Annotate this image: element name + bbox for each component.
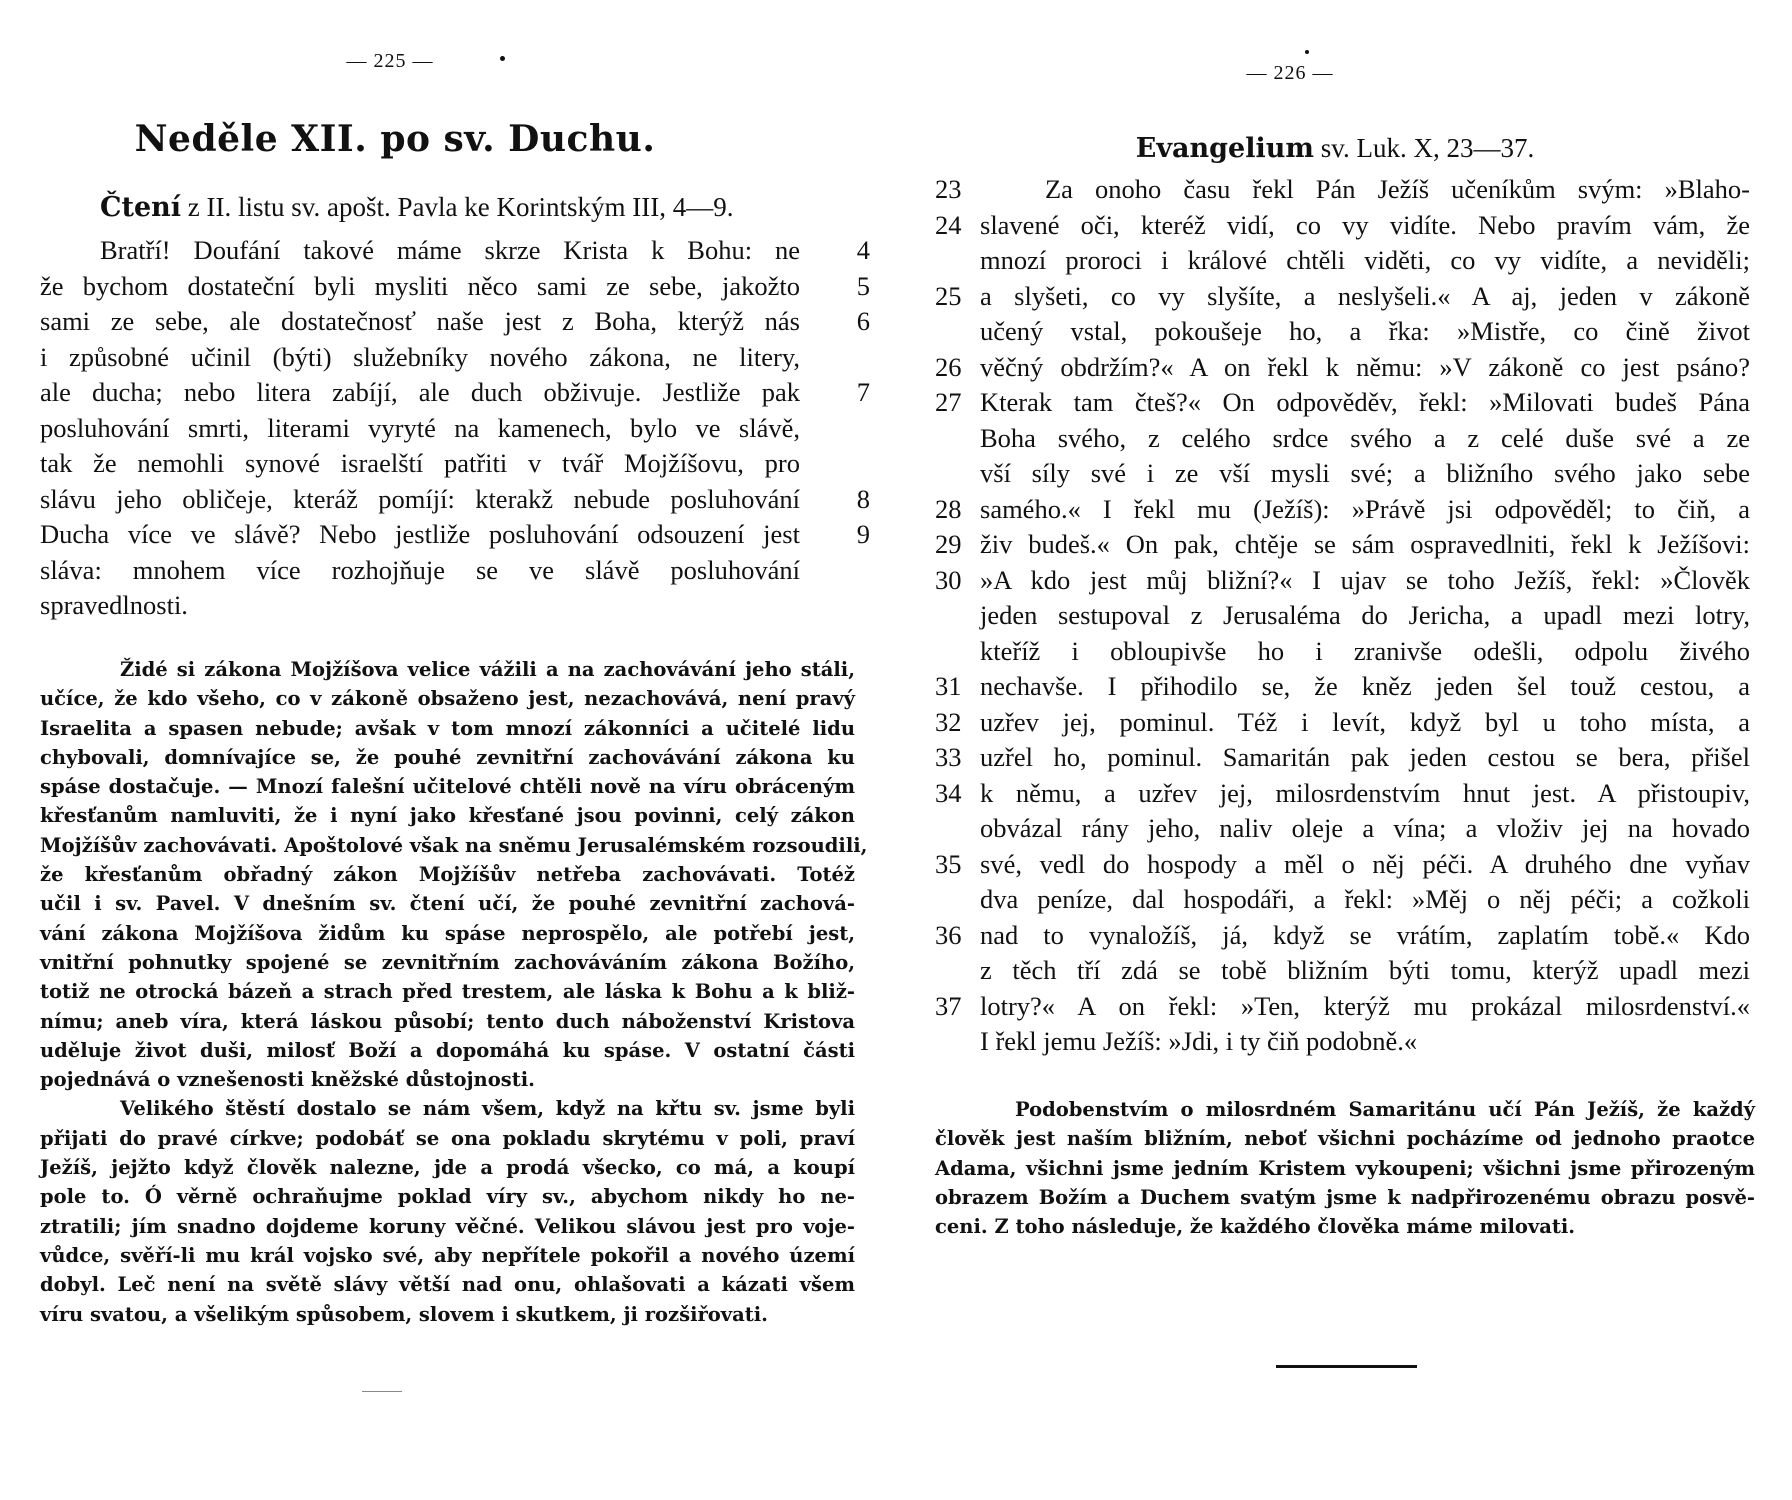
commentary-line: že křesťanům obřadný zákon Mojžíšův netř… — [40, 860, 855, 889]
commentary-line: totiž ne otrocká bázeň a strach před tre… — [40, 977, 855, 1006]
verse-number: 25 — [935, 279, 975, 315]
commentary-line: vnitřní pohnutky spojené se zevnitřním z… — [40, 948, 855, 977]
verse-number: 28 — [935, 492, 975, 528]
verse-number: 26 — [935, 350, 975, 386]
text-line: 25a slyšeti, co vy slyšíte, a neslyšeli.… — [935, 279, 1755, 315]
reading-heading-rest: z II. listu sv. apošt. Pavla ke Korintsk… — [181, 192, 733, 222]
gospel-text: 23Za onoho času řekl Pán Ježíš učeníkům … — [935, 172, 1755, 1060]
text-line: 33uzřel ho, pominul. Samaritán pak jeden… — [935, 740, 1755, 776]
commentary-line: Mojžíšův zachovávati. Apoštolové však na… — [40, 831, 855, 860]
gospel-heading: Evangelium sv. Luk. X, 23—37. — [925, 133, 1745, 164]
text-line: učený vstal, pokoušeje ho, a řka: »Mistř… — [935, 314, 1755, 350]
text-line: dva peníze, dal hospodáři, a řekl: »Měj … — [935, 882, 1755, 918]
verse-number: 5 — [840, 269, 870, 305]
page-number: — 226 — — [880, 62, 1700, 85]
page-title: Neděle XII. po sv. Duchu. — [0, 118, 805, 160]
end-rule — [1276, 1365, 1417, 1368]
text-line: obvázal rány jeho, naliv oleje a vína; a… — [935, 811, 1755, 847]
text-line: 35své, vedl do hospody a měl o něj péči.… — [935, 847, 1755, 883]
reading-heading-bold: Čtení — [100, 192, 181, 223]
verse-number: 36 — [935, 918, 975, 954]
verse-number: 32 — [935, 705, 975, 741]
verse-number: 34 — [935, 776, 975, 812]
text-line: vší síly své i ze vší mysli své; a bližn… — [935, 456, 1755, 492]
commentary-line: nímu; aneb víra, která láskou působí; te… — [40, 1007, 855, 1036]
reading-text: Bratří! Doufání takové máme skrze Krista… — [40, 233, 840, 624]
text-line: 28samého.« I řekl mu (Ježíš): »Právě jsi… — [935, 492, 1755, 528]
page-number: — 225 — — [0, 50, 800, 73]
text-line: I řekl jemu Ježíš: »Jdi, i ty čiň podobn… — [935, 1024, 1755, 1060]
commentary-line: Židé si zákona Mojžíšova velice vážili a… — [40, 655, 855, 684]
text-line: Ducha více ve slávě? Nebo jestliže poslu… — [40, 517, 840, 553]
text-line: 32uzřev jej, pominul. Též i levít, když … — [935, 705, 1755, 741]
commentary-line: Israelita a spasen nebude; avšak v tom m… — [40, 714, 855, 743]
verse-number: 4 — [840, 233, 870, 269]
text-line: 34k němu, a uzřev jej, milosrdenstvím hn… — [935, 776, 1755, 812]
text-line: 23Za onoho času řekl Pán Ježíš učeníkům … — [935, 172, 1755, 208]
text-line: tak že nemohli synové israelští patřiti … — [40, 446, 840, 482]
commentary-line: Ježíš, jejžto když člověk nalezne, jde a… — [40, 1153, 855, 1182]
commentary-line: ztratili; jím snadno dojdeme koruny věčn… — [40, 1212, 855, 1241]
verse-number: 7 — [840, 375, 870, 411]
left-page: — 225 — Neděle XII. po sv. Duchu. Čtení … — [40, 0, 860, 1500]
commentary-line: pojednává o vznešenosti kněžské důstojno… — [40, 1065, 855, 1094]
commentary-line: vání zákona Mojžíšova židům ku spáse nep… — [40, 919, 855, 948]
text-line: kteříž i obloupivše ho i zranivše odešli… — [935, 634, 1755, 670]
text-line: sami ze sebe, ale dostatečnosť naše jest… — [40, 304, 840, 340]
commentary-line: ceni. Z toho následuje, že každého člově… — [935, 1212, 1755, 1241]
text-line: mnozí proroci i králové chtěli viděti, c… — [935, 243, 1755, 279]
verse-number: 33 — [935, 740, 975, 776]
text-line: 30»A kdo jest můj bližní?« I ujav se toh… — [935, 563, 1755, 599]
verse-number: 27 — [935, 385, 975, 421]
text-line: 36nad to vynaložíš, já, když se vrátím, … — [935, 918, 1755, 954]
text-line: 31nechavše. I přihodilo se, že kněz jede… — [935, 669, 1755, 705]
verse-number: 9 — [840, 517, 870, 553]
print-speck — [500, 56, 505, 61]
commentary-line: pole to. Ó věrně ochraňujme poklad víry … — [40, 1182, 855, 1211]
commentary-line: člověk jest naším bližním, neboť všichni… — [935, 1124, 1755, 1153]
gospel-heading-bold: Evangelium — [1136, 133, 1314, 164]
commentary-line: učil i sv. Pavel. V dnešním sv. čtení uč… — [40, 889, 855, 918]
text-line: 27Kterak tam čteš?« On odpověděv, řekl: … — [935, 385, 1755, 421]
verse-number: 24 — [935, 208, 975, 244]
text-line: Bratří! Doufání takové máme skrze Krista… — [40, 233, 840, 269]
commentary-line: uděluje život duši, milosť Boží a dopomá… — [40, 1036, 855, 1065]
verse-number: 23 — [935, 172, 975, 208]
commentary-line: učíce, že kdo všeho, co v zákoně obsažen… — [40, 684, 855, 713]
commentary-line: Podobenstvím o milosrdném Samaritánu učí… — [935, 1095, 1755, 1124]
commentary-line: chybovali, domnívajíce se, že pouhé zevn… — [40, 743, 855, 772]
verse-number: 8 — [840, 482, 870, 518]
verse-number: 30 — [935, 563, 975, 599]
commentary-line: vůdce, svěří-li mu král vojsko své, aby … — [40, 1241, 855, 1270]
text-line: že bychom dostateční byli mysliti něco s… — [40, 269, 840, 305]
verse-number: 29 — [935, 527, 975, 563]
text-line: posluhování smrti, literami vyryté na ka… — [40, 411, 840, 447]
verse-number: 37 — [935, 989, 975, 1025]
verse-number: 31 — [935, 669, 975, 705]
text-line: 29živ budeš.« On pak, chtěje se sám ospr… — [935, 527, 1755, 563]
commentary-text: Podobenstvím o milosrdném Samaritánu učí… — [935, 1095, 1755, 1241]
commentary-line: Velikého štěstí dostalo se nám všem, kdy… — [40, 1094, 855, 1123]
commentary-line: křesťanům namluviti, že i nyní jako křes… — [40, 801, 855, 830]
gospel-heading-rest: sv. Luk. X, 23—37. — [1314, 133, 1534, 163]
text-line: 24slavené oči, kteréž vidí, co vy vidíte… — [935, 208, 1755, 244]
verse-number: 6 — [840, 304, 870, 340]
commentary-line: Adama, všichni jsme jedním Kristem vykou… — [935, 1154, 1755, 1183]
commentary-line: dobyl. Leč není na světě slávy větší nad… — [40, 1270, 855, 1299]
right-page: — 226 — Evangelium sv. Luk. X, 23—37. 23… — [935, 0, 1755, 1500]
text-line: ale ducha; nebo litera zabíjí, ale duch … — [40, 375, 840, 411]
commentary-line: přijati do pravé církve; podobáť se ona … — [40, 1124, 855, 1153]
verse-number: 35 — [935, 847, 975, 883]
text-line: i způsobné učinil (býti) služebníky nové… — [40, 340, 840, 376]
reading-heading: Čtení z II. listu sv. apošt. Pavla ke Ko… — [100, 192, 733, 223]
text-line: 26věčný obdržím?« A on řekl k němu: »V z… — [935, 350, 1755, 386]
text-line: spravedlnosti. — [40, 588, 840, 624]
print-speck — [1305, 50, 1309, 54]
text-line: z těch tří zdá se tobě bližním býti tomu… — [935, 953, 1755, 989]
commentary-line: víru svatou, a všelikým spůsobem, slovem… — [40, 1300, 855, 1329]
text-line: sláva: mnohem více rozhojňuje se ve sláv… — [40, 553, 840, 589]
commentary-line: spáse dostačuje. — Mnozí falešní učitelo… — [40, 772, 855, 801]
end-rule — [362, 1391, 402, 1392]
text-line: 37lotry?« A on řekl: »Ten, kterýž mu pro… — [935, 989, 1755, 1025]
text-line: slávu jeho obličeje, kteráž pomíjí: kter… — [40, 482, 840, 518]
text-line: jeden sestupoval z Jerusaléma do Jericha… — [935, 598, 1755, 634]
text-line: Boha svého, z celého srdce svého a z cel… — [935, 421, 1755, 457]
commentary-line: obrazem Božím a Duchem svatým jsme k nad… — [935, 1183, 1755, 1212]
commentary-text: Židé si zákona Mojžíšova velice vážili a… — [40, 655, 855, 1329]
